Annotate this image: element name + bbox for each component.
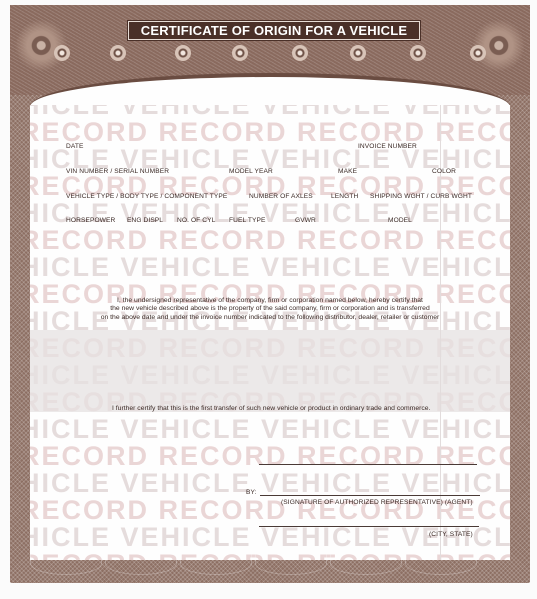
- city-state-caption: (CITY, STATE): [429, 531, 473, 538]
- scallop-ornament: [180, 552, 252, 575]
- rosette-icon: [292, 45, 308, 61]
- rosette-icon: [175, 45, 191, 61]
- number-of-axles-label: NUMBER OF AXLES: [249, 193, 313, 200]
- city-state-line[interactable]: [259, 526, 479, 527]
- model-label: MODEL: [388, 217, 412, 224]
- rosette-row: [10, 45, 530, 65]
- watermark-row: VEHICLE VEHICLE VEHICLE VEHICLE VEHICLE: [30, 416, 510, 443]
- scallop-ornament: [255, 552, 327, 575]
- fuel-type-label: FUEL TYPE: [229, 217, 265, 224]
- further-certification: I further certify that this is the first…: [112, 405, 430, 413]
- watermark-row: RECORD RECORD RECORD RECORD RECORD: [30, 119, 510, 146]
- by-label: BY:: [246, 489, 257, 496]
- length-label: LENGTH: [331, 193, 358, 200]
- watermark-row: RECORD RECORD RECORD RECORD RECORD: [30, 227, 510, 254]
- engine-displacement-label: ENG DISPL: [127, 217, 163, 224]
- certification-line-1: I, the undersigned representative of the…: [30, 297, 510, 305]
- scallop-ornament: [105, 552, 177, 575]
- rosette-icon: [110, 45, 126, 61]
- invoice-number-label: INVOICE NUMBER: [358, 143, 417, 150]
- ornamental-footer: [10, 555, 530, 583]
- signature-line[interactable]: [260, 495, 480, 496]
- make-label: MAKE: [338, 168, 357, 175]
- model-year-label: MODEL YEAR: [229, 168, 273, 175]
- rosette-icon: [232, 45, 248, 61]
- shipping-weight-label: SHIPPING WGHT / CURB WGHT: [370, 193, 472, 200]
- vehicle-type-label: VEHICLE TYPE / BODY TYPE / COMPONENT TYP…: [66, 193, 227, 200]
- company-name-line[interactable]: [259, 464, 477, 465]
- signature-caption: (SIGNATURE OF AUTHORIZED REPRESENTATIVE)…: [281, 499, 473, 506]
- transferee-blank-area: [30, 330, 510, 412]
- content-area: RECORD RECORD RECORD RECORD RECORD VEHIC…: [30, 105, 510, 560]
- color-label: COLOR: [432, 168, 456, 175]
- rosette-icon: [54, 45, 70, 61]
- date-label: DATE: [66, 143, 84, 150]
- rosette-icon: [470, 45, 486, 61]
- certification-line-3: on the above date and under the invoice …: [30, 314, 510, 322]
- certificate-document: CERTIFICATE OF ORIGIN FOR A VEHICLE RECO…: [10, 5, 530, 583]
- watermark-row: VEHICLE VEHICLE VEHICLE VEHICLE VEHICLE: [30, 470, 510, 497]
- scallop-ornament: [30, 552, 102, 575]
- vin-serial-label: VIN NUMBER / SERIAL NUMBER: [66, 168, 169, 175]
- document-title: CERTIFICATE OF ORIGIN FOR A VEHICLE: [128, 21, 420, 40]
- rosette-icon: [410, 45, 426, 61]
- scallop-ornament: [405, 552, 477, 575]
- certification-paragraph: I, the undersigned representative of the…: [30, 297, 510, 322]
- horsepower-label: HORSEPOWER: [66, 217, 115, 224]
- rosette-icon: [350, 45, 366, 61]
- gvwr-label: GVWR: [295, 217, 316, 224]
- watermark-row: RECORD RECORD RECORD RECORD RECORD: [30, 443, 510, 470]
- scallop-ornament: [330, 552, 402, 575]
- certification-line-2: the new vehicle described above is the p…: [30, 305, 510, 313]
- watermark-row: VEHICLE VEHICLE VEHICLE VEHICLE VEHICLE: [30, 254, 510, 281]
- number-of-cylinders-label: NO. OF CYL: [177, 217, 215, 224]
